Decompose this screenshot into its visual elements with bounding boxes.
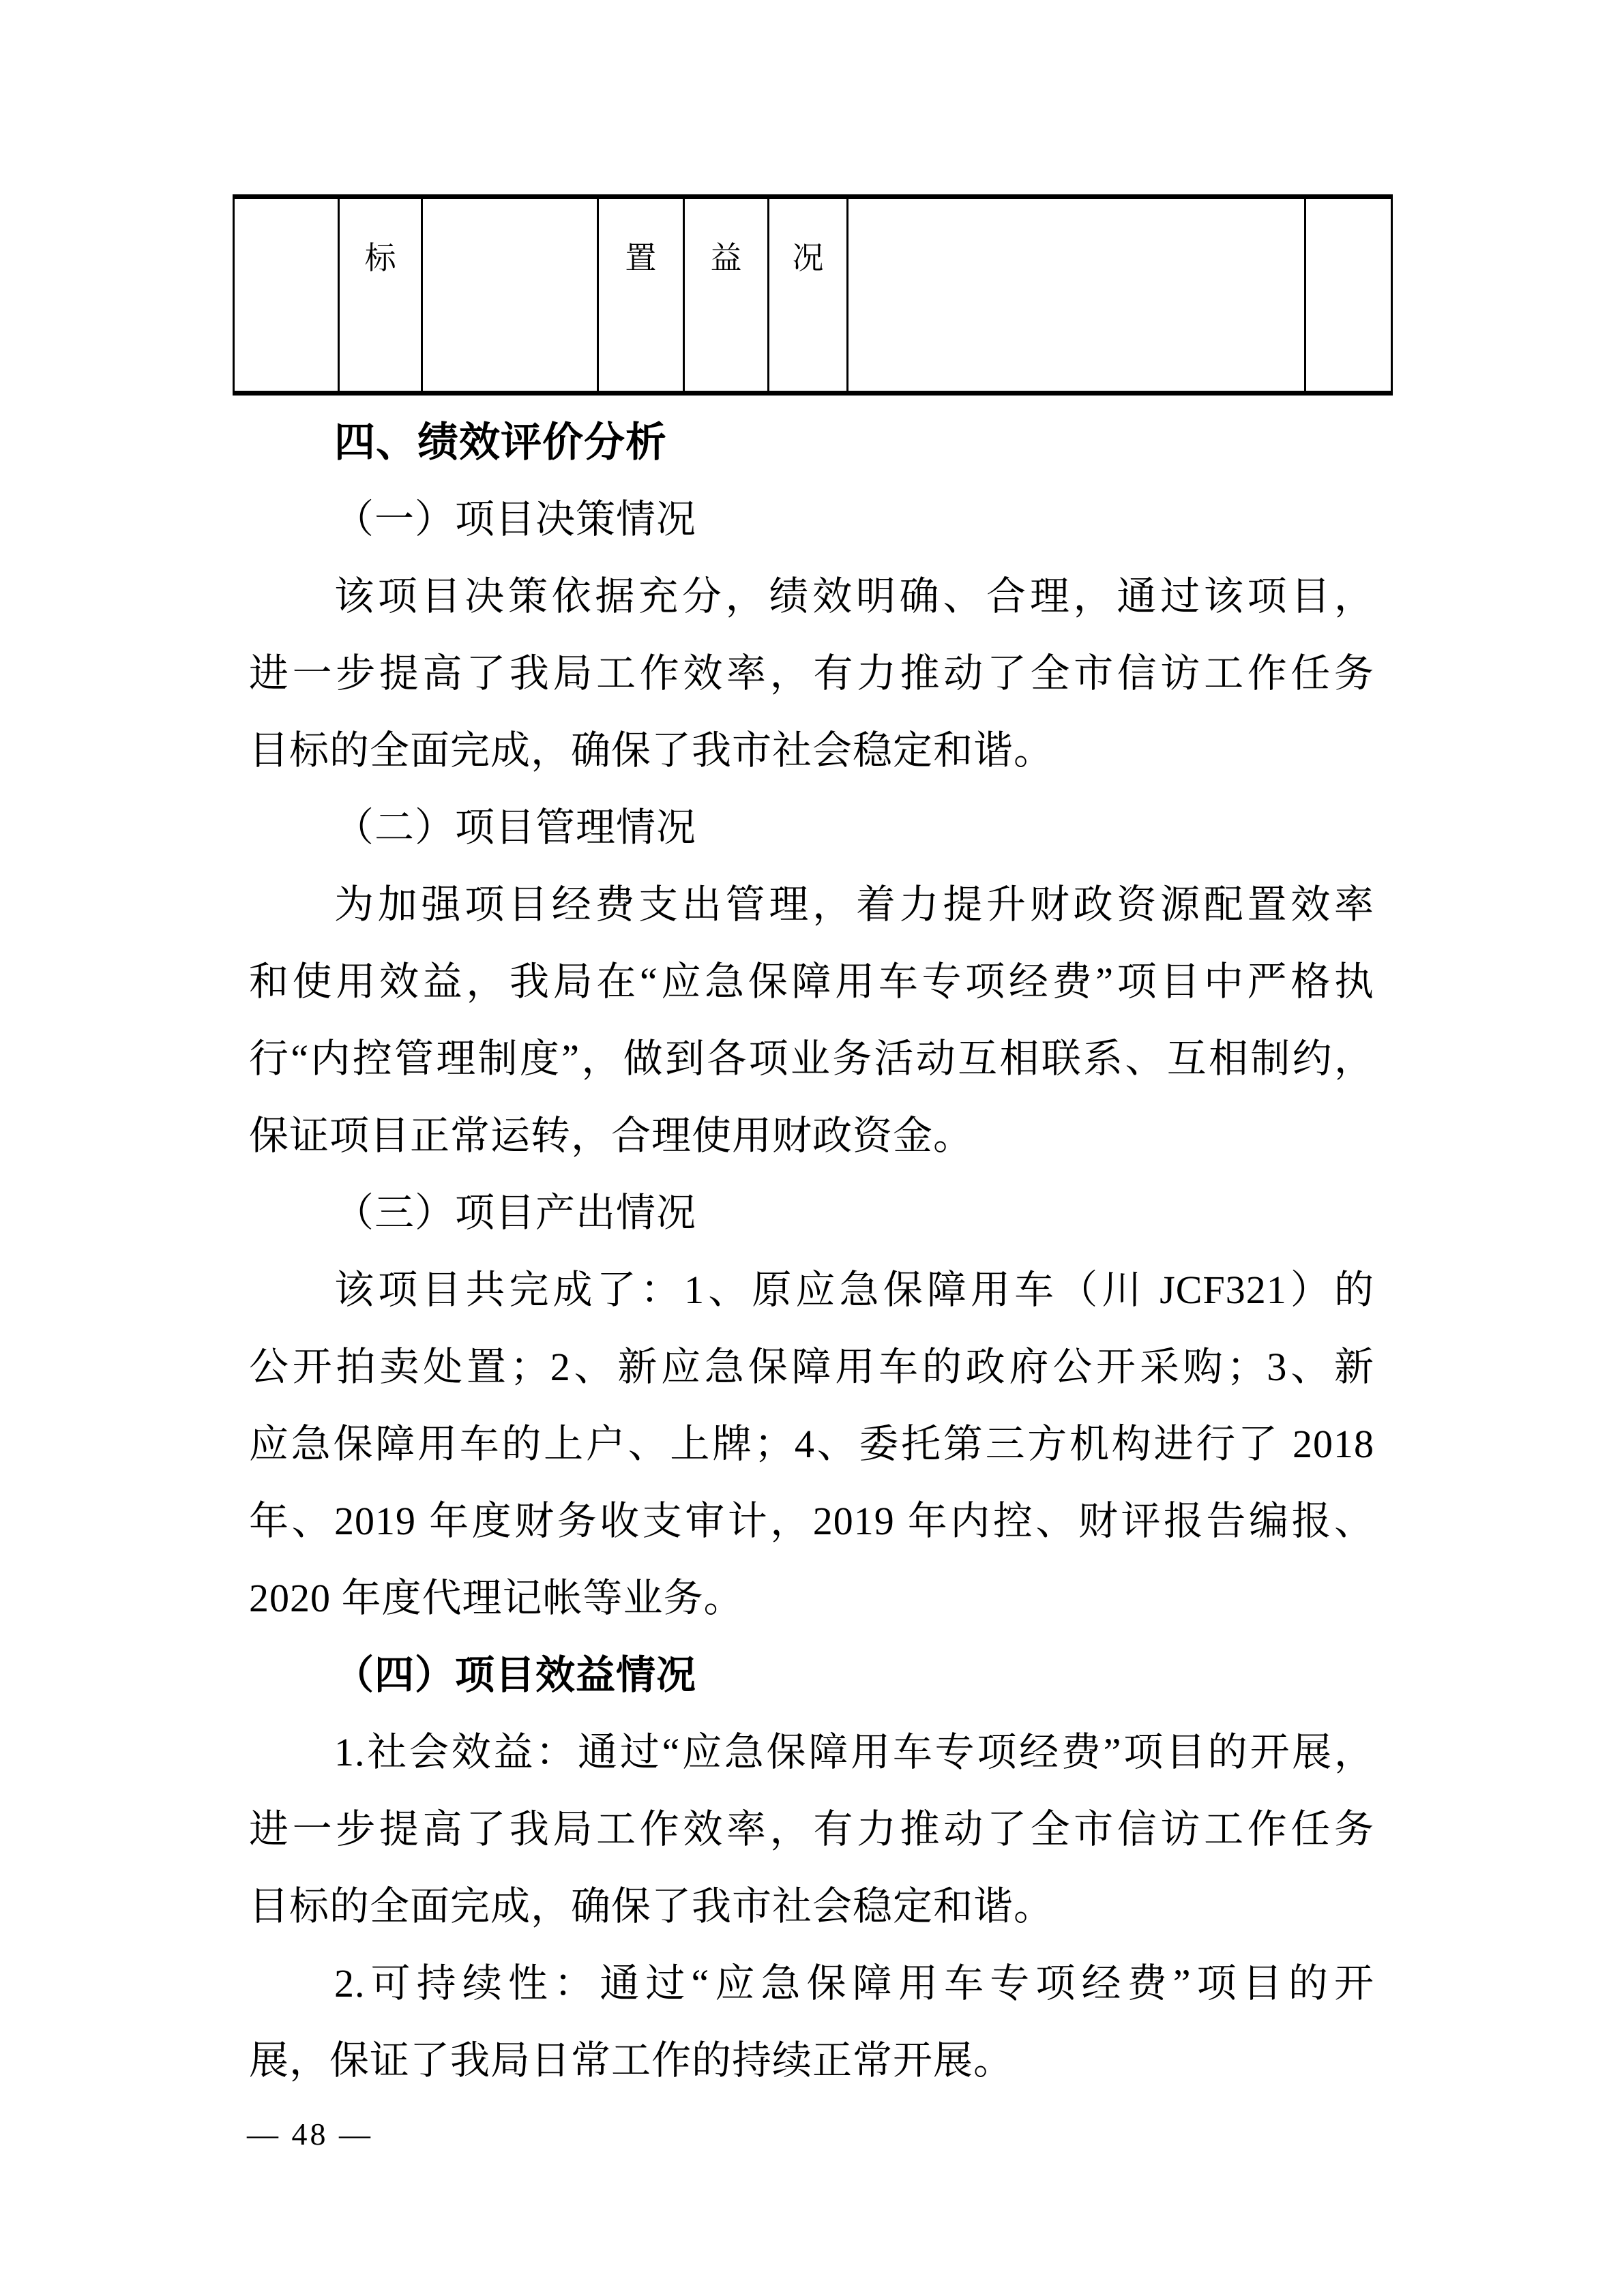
paragraph-line: 该项目共完成了：1、原应急保障用车（川 JCF321）的 [249,1251,1374,1328]
paragraph-line: 展，保证了我局日常工作的持续正常开展。 [249,2022,1374,2099]
paragraph-line: 公开拍卖处置；2、新应急保障用车的政府公开采购；3、新 [249,1328,1374,1405]
paragraph-line: 目标的全面完成，确保了我市社会稳定和谐。 [249,1868,1374,1945]
paragraph-line: 为加强项目经费支出管理，着力提升财政资源配置效率 [249,866,1374,943]
table-cell: 益 [685,199,770,391]
table-cell: 标 [340,199,423,391]
paragraph-line: 和使用效益，我局在“应急保障用车专项经费”项目中严格执 [249,943,1374,1020]
table-cell: 置 [599,199,685,391]
section-heading: （三）项目产出情况 [249,1174,1374,1251]
paragraph-line: 年、2019 年度财务收支审计，2019 年内控、财评报告编报、 [249,1482,1374,1560]
paragraph-line: 2020 年度代理记帐等业务。 [249,1560,1374,1637]
paragraph-line: 进一步提高了我局工作效率，有力推动了全市信访工作任务 [249,1791,1374,1868]
paragraph-line: 2.可持续性：通过“应急保障用车专项经费”项目的开 [249,1945,1374,2022]
page-number: — 48 — [247,2114,373,2155]
section-heading: （一）项目决策情况 [249,481,1374,558]
paragraph-line: 目标的全面完成，确保了我市社会稳定和谐。 [249,712,1374,789]
main-heading: 四、绩效评价分析 [249,404,1374,481]
table-cell: 况 [769,199,848,391]
paragraph-line: 进一步提高了我局工作效率，有力推动了全市信访工作任务 [249,635,1374,712]
paragraph-line: 该项目决策依据充分，绩效明确、合理，通过该项目， [249,558,1374,635]
table-cell-empty [848,199,1307,391]
section-heading: （四）项目效益情况 [249,1637,1374,1714]
continuation-table: 标置益况 [233,194,1393,396]
paragraph-line: 保证项目正常运转，合理使用财政资金。 [249,1097,1374,1174]
document-body: 四、绩效评价分析（一）项目决策情况该项目决策依据充分，绩效明确、合理，通过该项目… [249,404,1374,2099]
table-cell-empty [423,199,599,391]
table-cell-empty [235,199,340,391]
paragraph-line: 1.社会效益：通过“应急保障用车专项经费”项目的开展， [249,1714,1374,1791]
paragraph-line: 行“内控管理制度”，做到各项业务活动互相联系、互相制约， [249,1020,1374,1097]
table-cell-empty [1306,199,1391,391]
paragraph-line: 应急保障用车的上户、上牌；4、委托第三方机构进行了 2018 [249,1405,1374,1482]
document-page: 标置益况 四、绩效评价分析（一）项目决策情况该项目决策依据充分，绩效明确、合理，… [0,0,1624,2296]
section-heading: （二）项目管理情况 [249,789,1374,866]
